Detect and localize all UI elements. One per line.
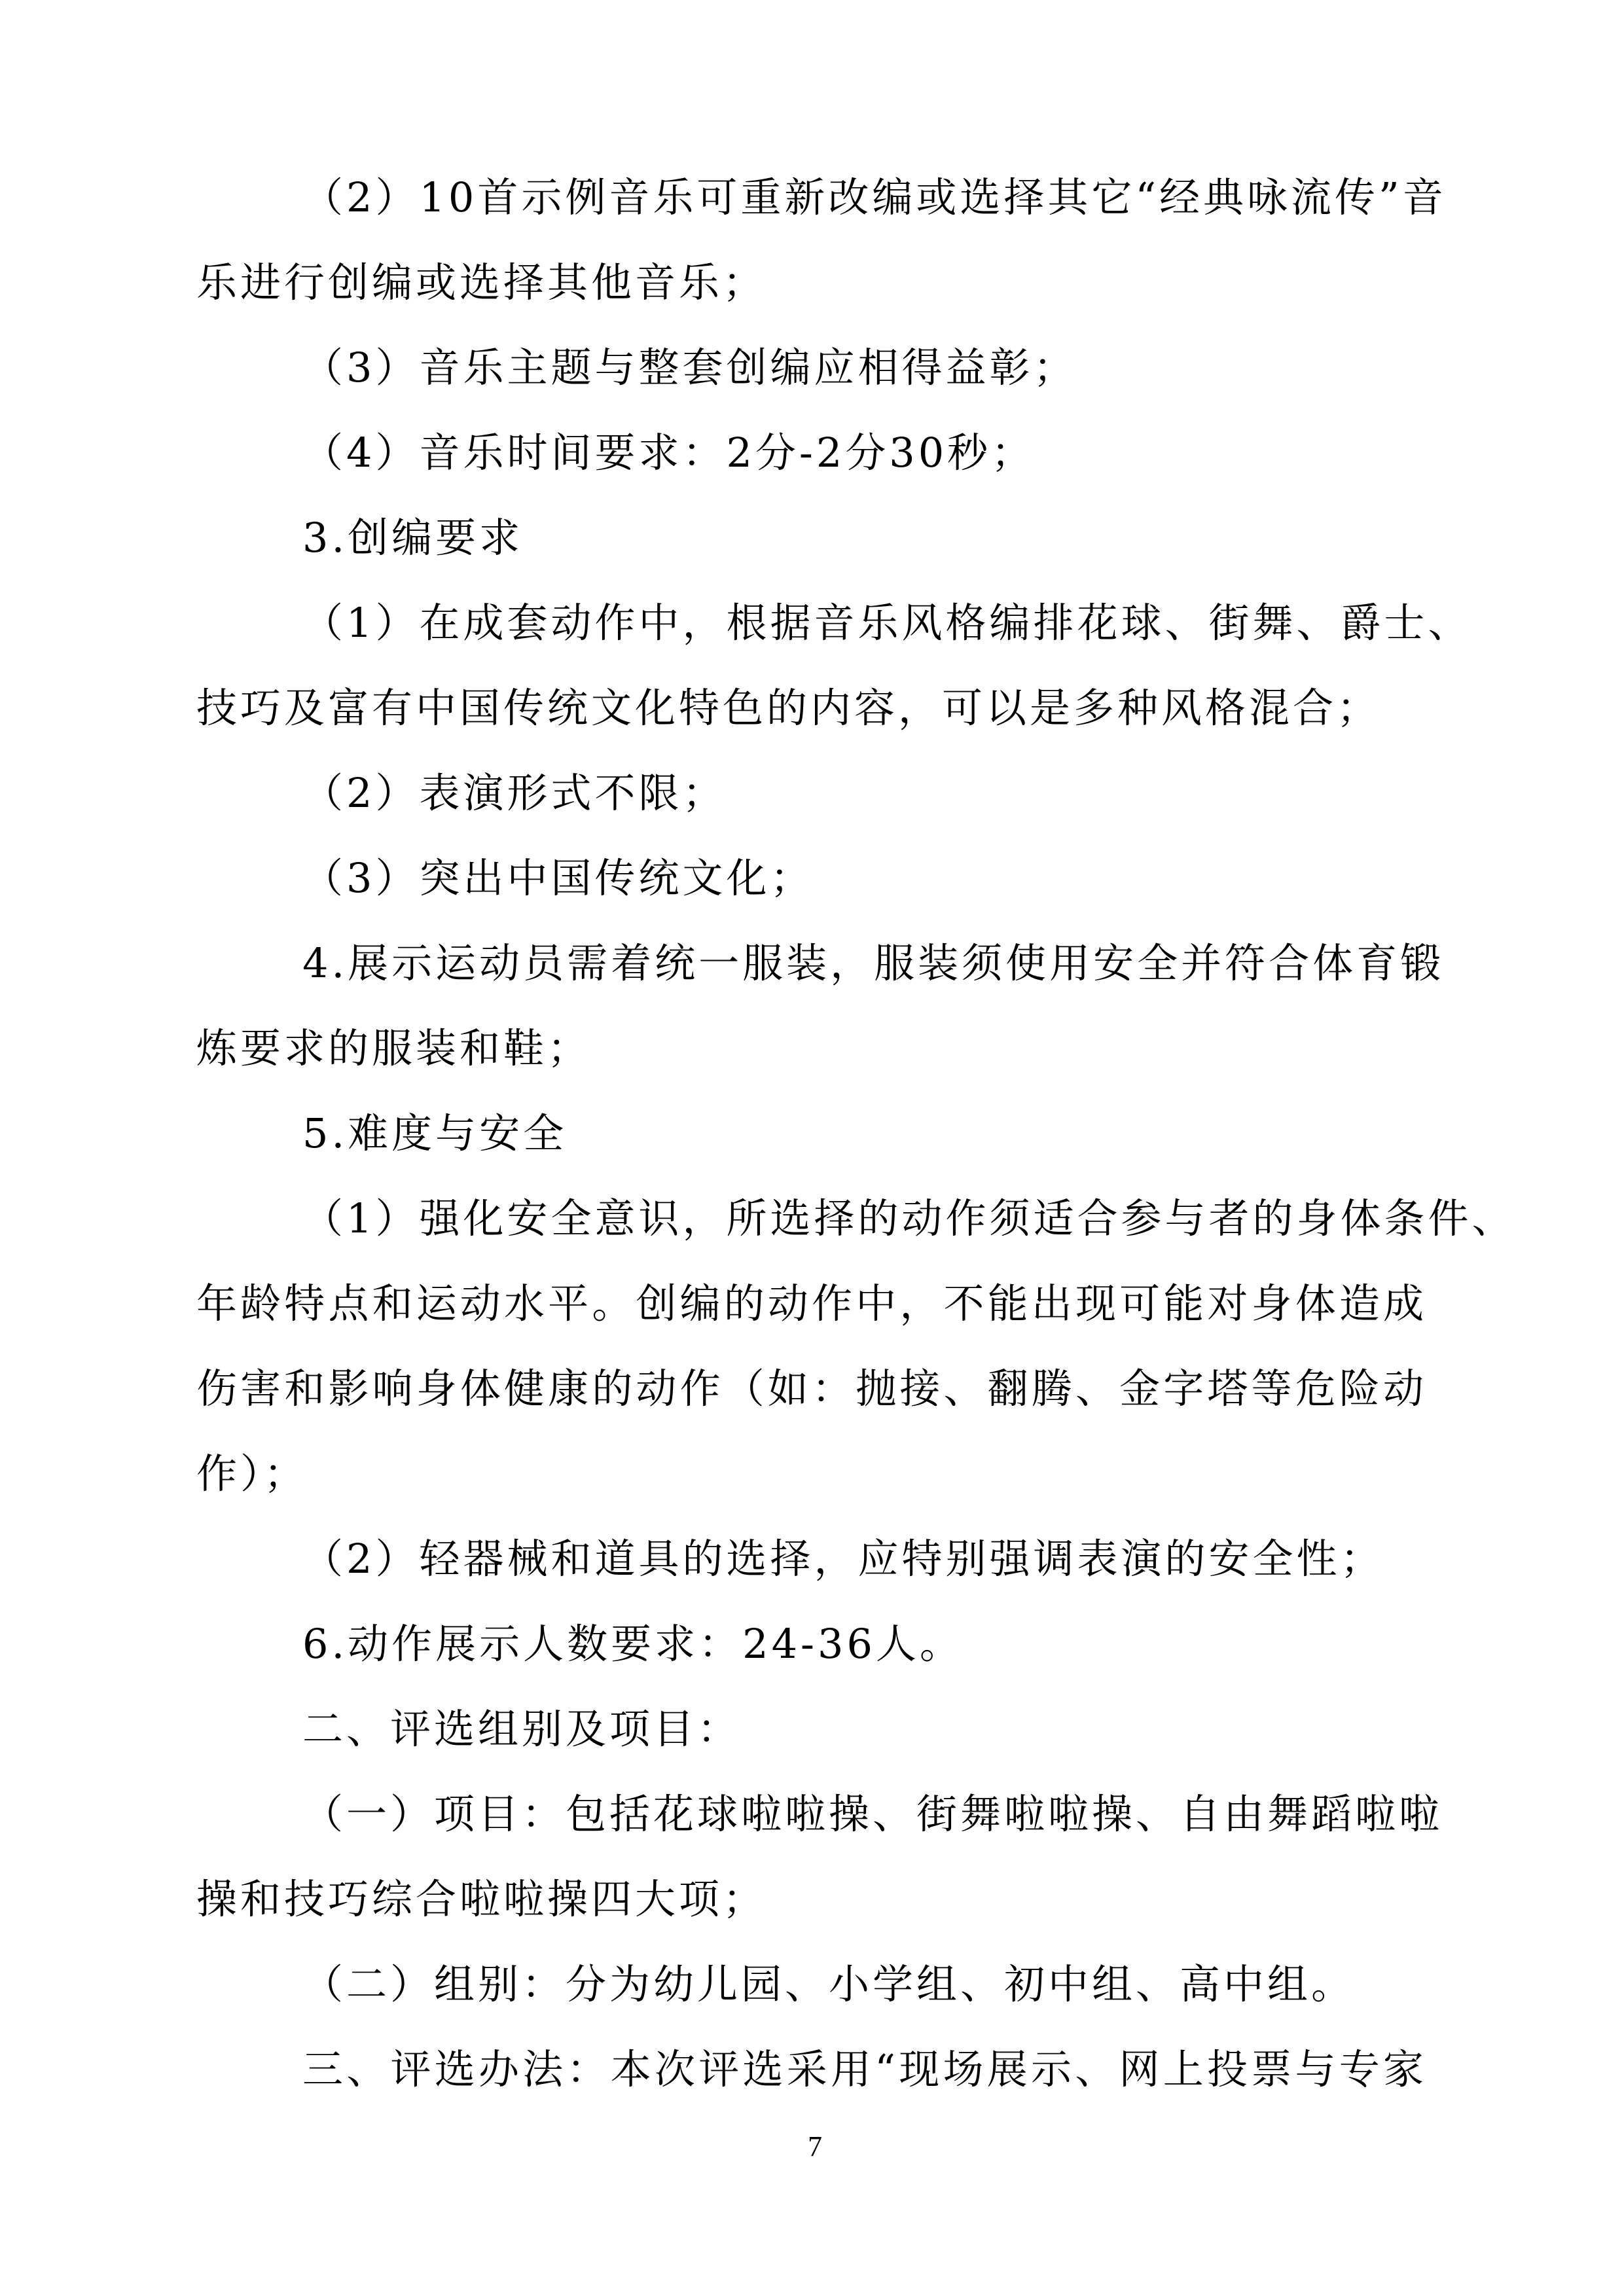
- section-heading-groups: 二、评选组别及项目：: [302, 1700, 1427, 1759]
- text-line-events-part1: （一）项目：包括花球啦啦操、街舞啦啦操、自由舞蹈啦啦: [302, 1785, 1427, 1844]
- text-line-safety-1-part2: 年龄特点和运动水平。创编的动作中，不能出现可能对身体造成: [196, 1274, 1427, 1333]
- text-line-costume-part1: 4.展示运动员需着统一服装，服装须使用安全并符合体育锻: [302, 934, 1427, 993]
- text-line-safety-1-part4: 作）；: [196, 1444, 1427, 1503]
- text-line-music-3: （3）音乐主题与整套创编应相得益彰；: [302, 338, 1427, 397]
- text-line-music-4: （4）音乐时间要求：2分-2分30秒；: [302, 423, 1427, 482]
- text-line-groups: （二）组别：分为幼儿园、小学组、初中组、高中组。: [302, 1955, 1427, 2014]
- section-heading-choreography: 3.创编要求: [302, 509, 1427, 567]
- text-line-costume-part2: 炼要求的服装和鞋；: [196, 1019, 1427, 1078]
- text-line-choreo-1-part2: 技巧及富有中国传统文化特色的内容，可以是多种风格混合；: [196, 679, 1427, 738]
- section-heading-method: 三、评选办法：本次评选采用“现场展示、网上投票与专家: [302, 2040, 1427, 2099]
- text-line-music-2-part1: （2）10首示例音乐可重新改编或选择其它“经典咏流传”音: [302, 168, 1427, 227]
- text-line-choreo-1-part1: （1）在成套动作中，根据音乐风格编排花球、街舞、爵士、: [302, 594, 1427, 653]
- text-line-participants: 6.动作展示人数要求：24-36人。: [302, 1615, 1427, 1674]
- text-line-choreo-3: （3）突出中国传统文化；: [302, 849, 1427, 908]
- text-line-safety-1-part3: 伤害和影响身体健康的动作（如：抛接、翻腾、金字塔等危险动: [196, 1359, 1427, 1418]
- text-line-music-2-part2: 乐进行创编或选择其他音乐；: [196, 253, 1427, 312]
- page-number: 7: [795, 2127, 835, 2166]
- text-line-safety-1-part1: （1）强化安全意识，所选择的动作须适合参与者的身体条件、: [302, 1189, 1427, 1248]
- text-line-events-part2: 操和技巧综合啦啦操四大项；: [196, 1870, 1427, 1929]
- text-line-choreo-2: （2）表演形式不限；: [302, 764, 1427, 823]
- document-page: （2）10首示例音乐可重新改编或选择其它“经典咏流传”音 乐进行创编或选择其他音…: [0, 0, 1624, 2296]
- text-line-safety-2: （2）轻器械和道具的选择，应特别强调表演的安全性；: [302, 1530, 1427, 1588]
- section-heading-difficulty: 5.难度与安全: [302, 1104, 1427, 1163]
